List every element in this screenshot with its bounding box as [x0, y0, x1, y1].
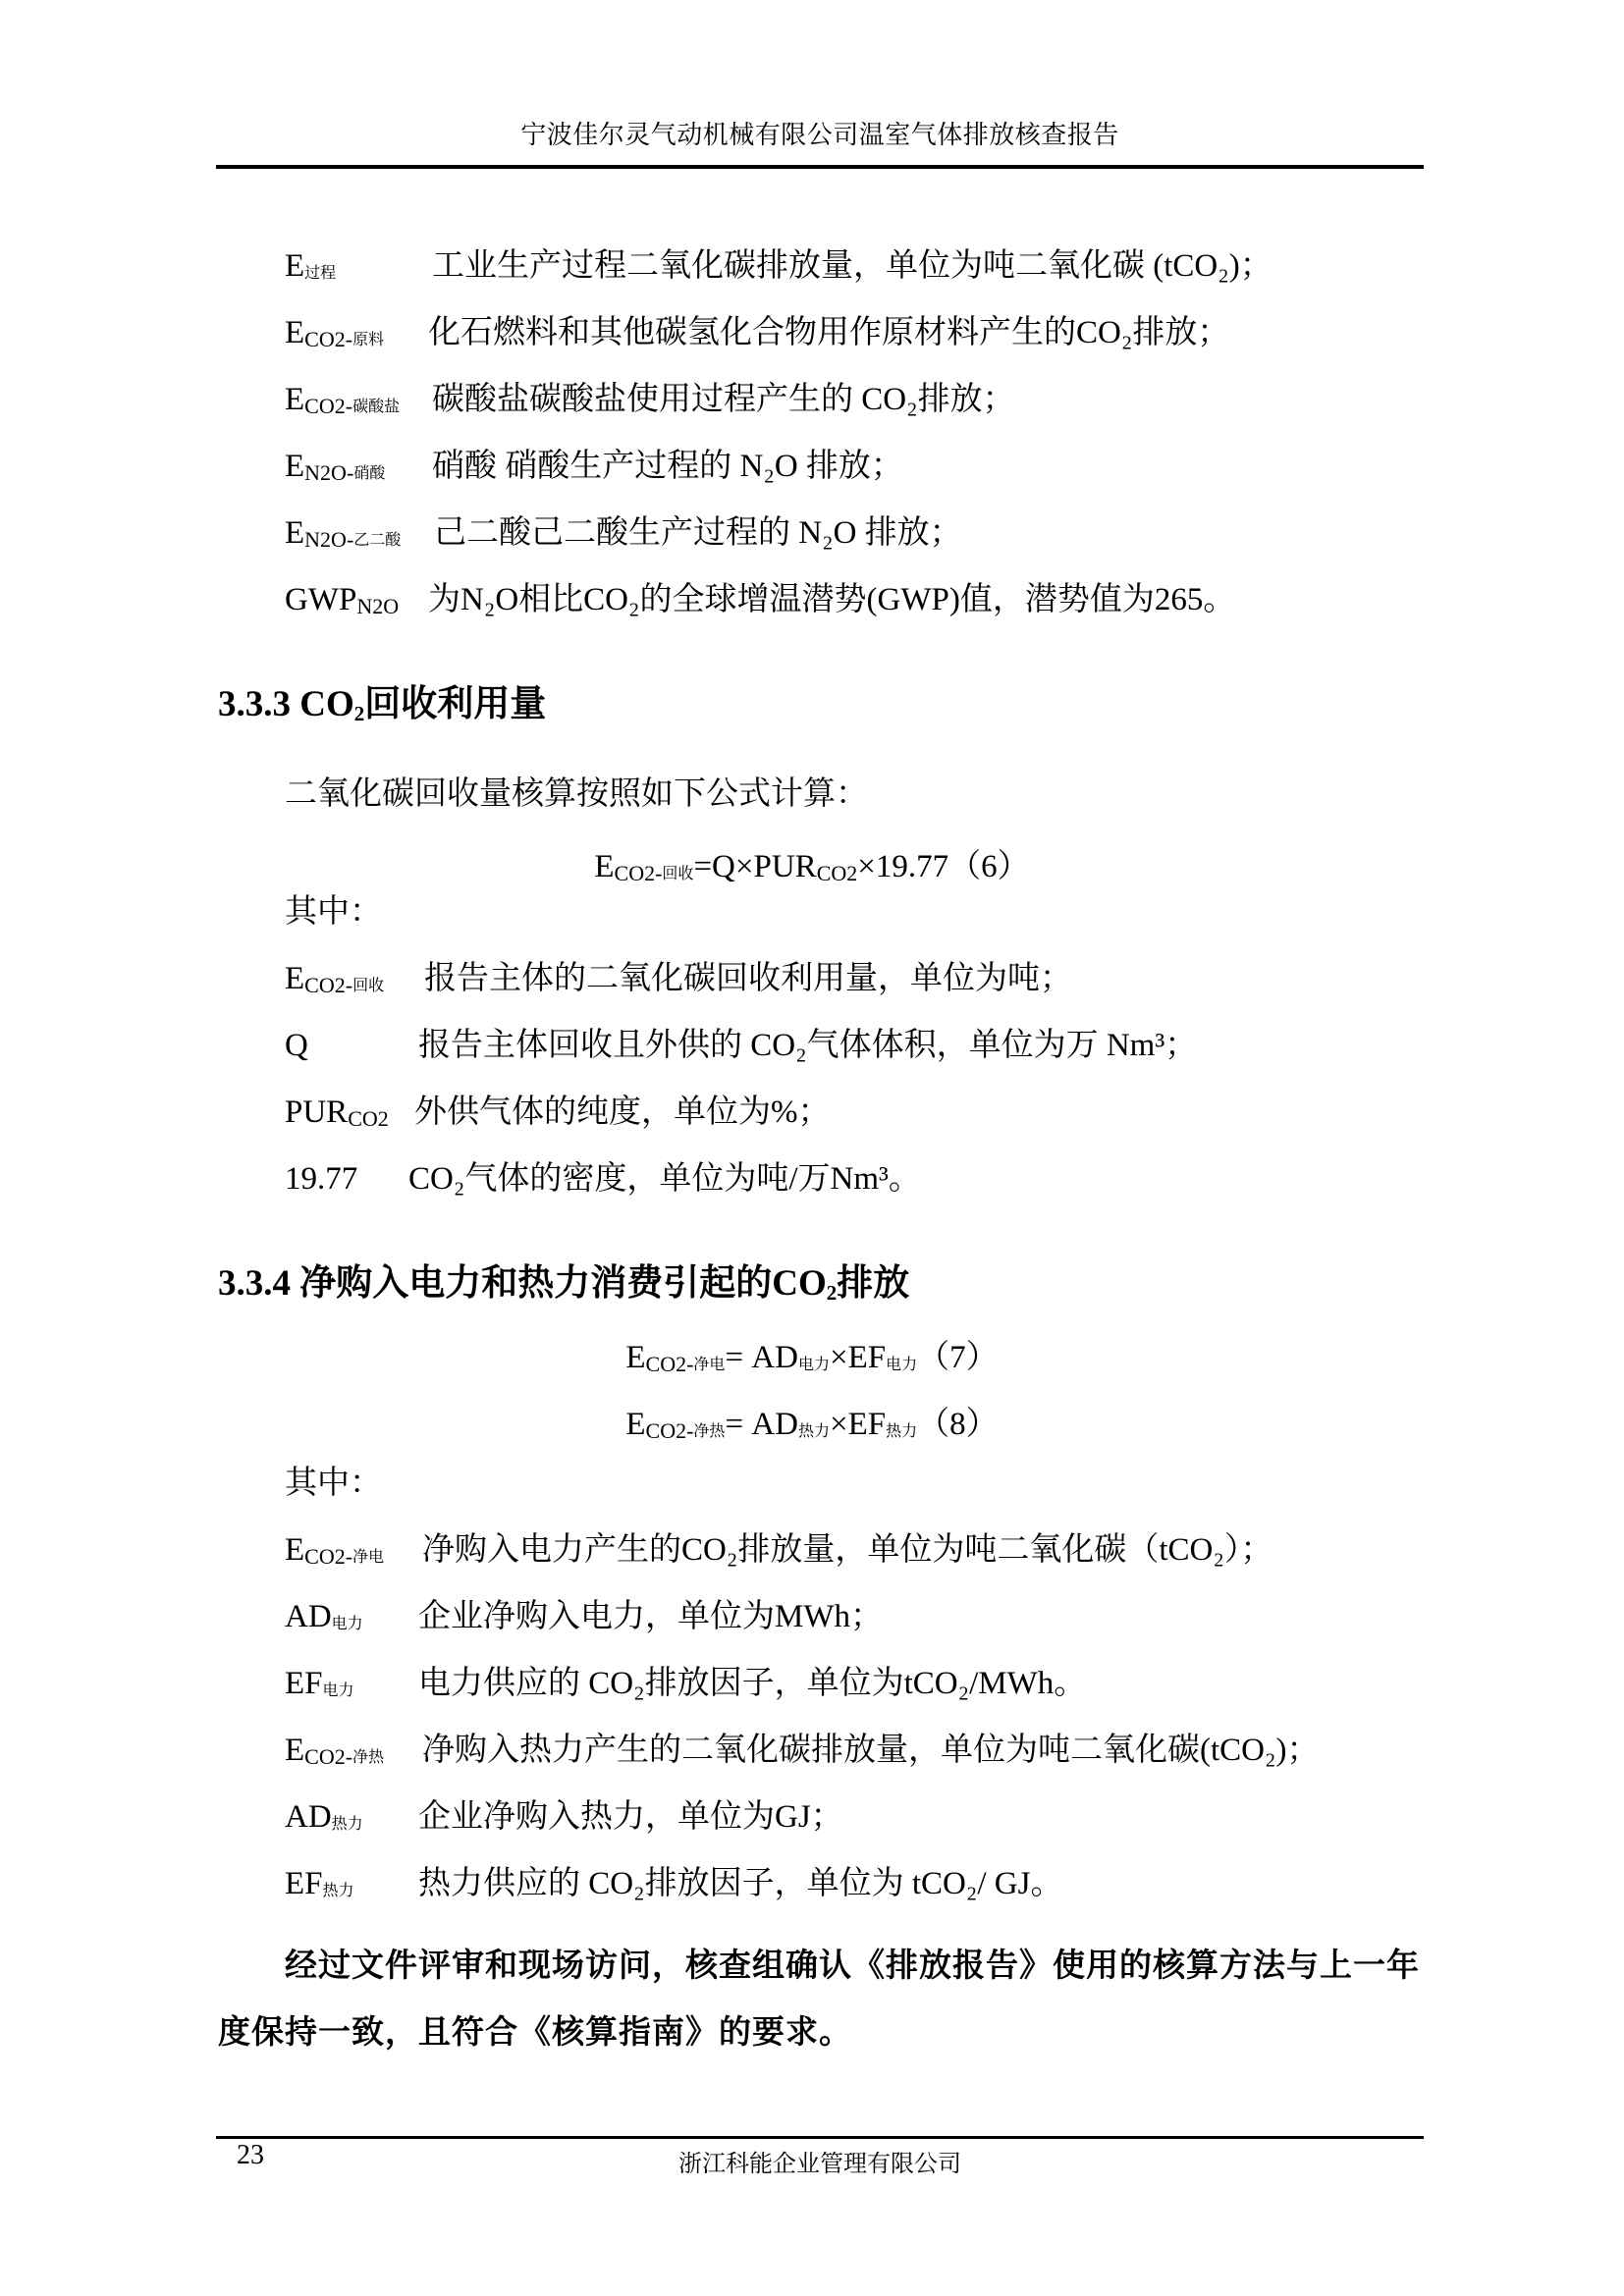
definition-symbol: ECO2-原料 — [285, 314, 384, 353]
definition-symbol: AD电力 — [285, 1598, 363, 1637]
definition-text: 净购入热力产生的二氧化碳排放量，单位为吨二氧化碳(tCO₂)； — [422, 1732, 1320, 1771]
definition-symbol: E过程 — [285, 247, 336, 287]
definition-symbol: EN2O-硝酸 — [285, 448, 385, 487]
definition-text: 碳酸盐碳酸盐使用过程产生的 CO₂排放； — [432, 381, 1015, 420]
definition-text: 电力供应的 CO₂排放因子，单位为tCO₂/MWh。 — [418, 1665, 1086, 1704]
definition-symbol: EF热力 — [285, 1865, 354, 1904]
definition-symbol: EF电力 — [285, 1665, 354, 1704]
definition-symbol: ECO2-净电 — [285, 1531, 384, 1571]
definition-text: 为N₂O相比CO₂的全球增温潜势(GWP)值，潜势值为265。 — [428, 581, 1235, 620]
definition-text: 工业生产过程二氧化碳排放量，单位为吨二氧化碳 (tCO₂)； — [432, 247, 1272, 287]
definition-symbol: EN2O-乙二酸 — [285, 514, 401, 554]
conclusion-line-2: 度保持一致，且符合《核算指南》的要求。 — [218, 2006, 852, 2053]
definition-text: 报告主体回收且外供的 CO₂气体体积，单位为万 Nm³； — [418, 1027, 1197, 1066]
definition-symbol: GWPN2O — [285, 581, 399, 620]
definition-symbol: Q — [285, 1027, 308, 1066]
definition-text: 报告主体的二氧化碳回收利用量，单位为吨； — [424, 960, 1072, 999]
definition-symbol: ECO2-回收 — [285, 960, 384, 999]
definition-text: CO₂气体的密度，单位为吨/万Nm³。 — [408, 1160, 921, 1200]
formula-8: ECO2-净热= AD热力×EF热力（8） — [0, 1398, 1624, 1444]
definition-symbol: PURCO2 — [285, 1094, 389, 1133]
where-label: 其中： — [285, 1465, 382, 1504]
footer-company: 浙江科能企业管理有限公司 — [216, 2144, 1424, 2178]
footer-rule — [216, 2136, 1424, 2139]
definition-symbol: 19.77 — [285, 1160, 357, 1200]
conclusion-line-1: 经过文件评审和现场访问，核查组确认《排放报告》使用的核算方法与上一年 — [285, 1940, 1420, 1986]
header-rule — [216, 165, 1424, 169]
intro-paragraph: 二氧化碳回收量核算按照如下公式计算： — [285, 775, 868, 815]
definition-symbol: AD热力 — [285, 1798, 363, 1838]
document-page: 宁波佳尔灵气动机械有限公司温室气体排放核查报告 E过程 工业生产过程二氧化碳排放… — [0, 0, 1624, 2296]
definition-text: 企业净购入热力，单位为GJ； — [418, 1798, 843, 1838]
definition-text: 己二酸己二酸生产过程的 N₂O 排放； — [434, 514, 962, 554]
header-title: 宁波佳尔灵气动机械有限公司温室气体排放核查报告 — [216, 115, 1424, 151]
definition-text: 净购入电力产生的CO₂排放量，单位为吨二氧化碳（tCO₂）； — [422, 1531, 1272, 1571]
definition-text: 热力供应的 CO₂排放因子，单位为 tCO₂/ GJ。 — [418, 1865, 1062, 1904]
definition-symbol: ECO2-碳酸盐 — [285, 381, 400, 420]
formula-7: ECO2-净电= AD电力×EF电力（7） — [0, 1331, 1624, 1377]
definition-text: 硝酸 硝酸生产过程的 N₂O 排放； — [432, 448, 903, 487]
formula-6: ECO2-回收=Q×PURCO2×19.77（6） — [0, 840, 1624, 886]
definition-text: 企业净购入电力，单位为MWh； — [418, 1598, 883, 1637]
section-heading-3-3-3: 3.3.3 CO2回收利用量 — [218, 673, 546, 726]
section-heading-3-3-4: 3.3.4 净购入电力和热力消费引起的CO2排放 — [218, 1253, 909, 1306]
definition-symbol: ECO2-净热 — [285, 1732, 384, 1771]
definition-text: 化石燃料和其他碳氢化合物用作原材料产生的CO₂排放； — [428, 314, 1229, 353]
definition-text: 外供气体的纯度，单位为%； — [414, 1094, 831, 1133]
where-label: 其中： — [285, 893, 382, 933]
